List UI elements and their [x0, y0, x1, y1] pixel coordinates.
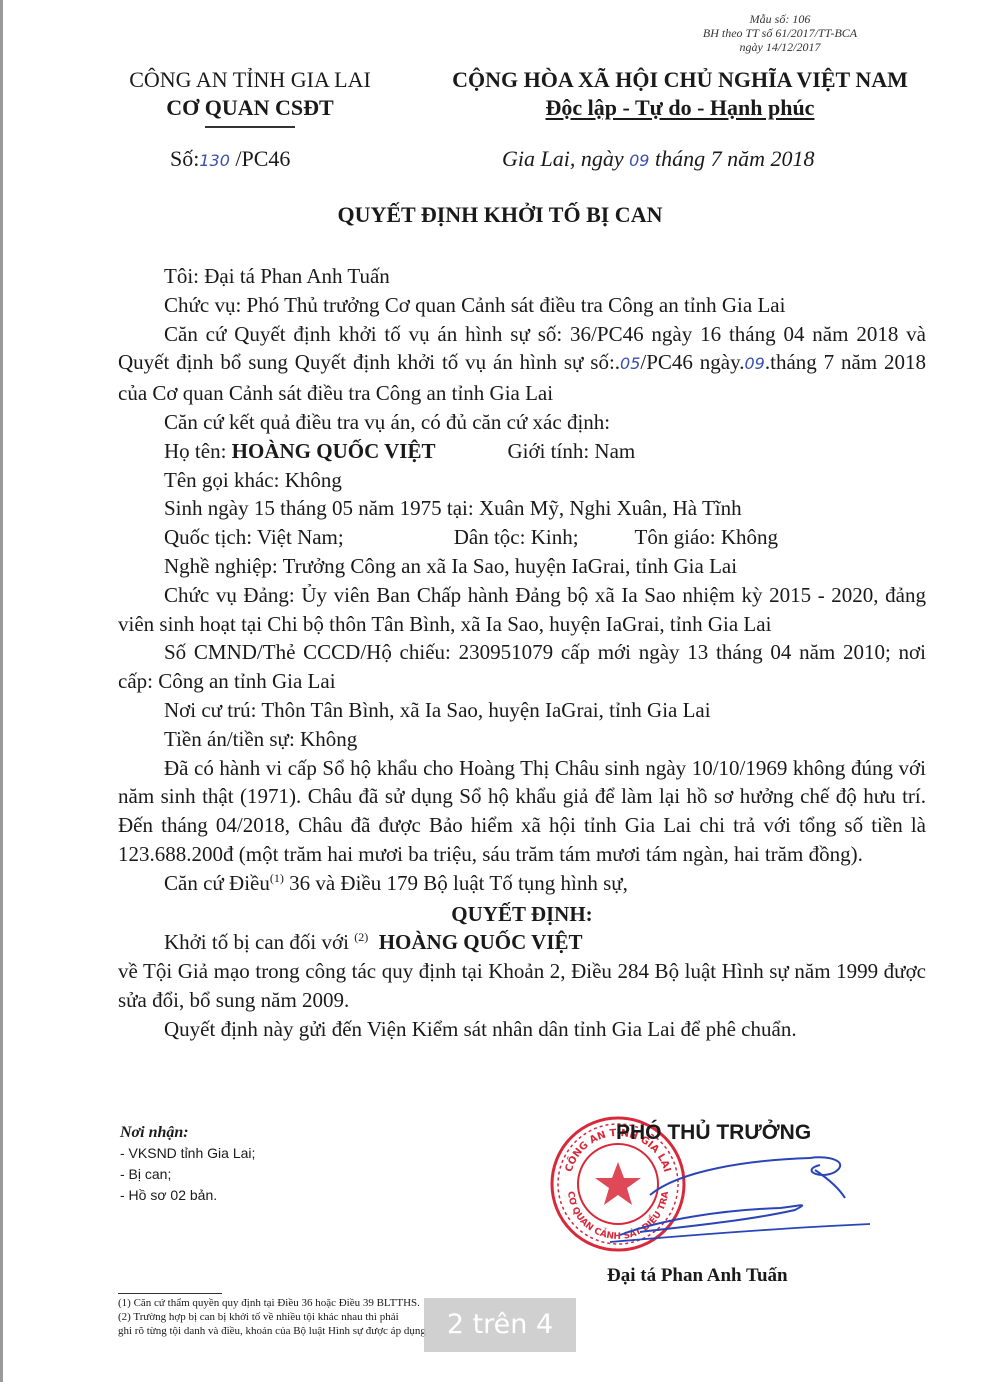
handwritten-decision-number: 05 [620, 354, 640, 373]
handwritten-number: 130 [199, 151, 230, 170]
occupation-line: Nghề nghiệp: Trưởng Công an xã Ia Sao, h… [118, 552, 926, 581]
legal-basis-paragraph: Căn cứ Quyết định khởi tố vụ án hình sự … [118, 320, 926, 408]
national-header: CỘNG HÒA XÃ HỘI CHỦ NGHĨA VIỆT NAM Độc l… [430, 66, 930, 122]
decision-line: Khởi tố bị can đối với (2) HOÀNG QUỐC VI… [118, 928, 926, 957]
alias-line: Tên gọi khác: Không [118, 466, 926, 495]
suspect-name: HOÀNG QUỐC VIỆT [232, 439, 436, 463]
residence-line: Nơi cư trú: Thôn Tân Bình, xã Ia Sao, hu… [118, 696, 926, 725]
nation-name: CỘNG HÒA XÃ HỘI CHỦ NGHĨA VIỆT NAM [430, 66, 930, 94]
handwritten-signature-icon [600, 1140, 870, 1250]
recipient-item: - Bị can; [120, 1164, 255, 1185]
footnote-2: (2) Trường hợp bị can bị khởi tố về nhiề… [118, 1310, 426, 1324]
decision-heading: QUYẾT ĐỊNH: [118, 900, 926, 929]
recipients-label: Nơi nhận: [120, 1122, 255, 1143]
page-indicator: 2 trên 4 [424, 1298, 576, 1352]
footnotes: (1) Căn cứ thẩm quyền quy định tại Điều … [118, 1296, 426, 1338]
signer-name: Đại tá Phan Anh Tuấn [607, 1265, 788, 1287]
criminal-record-line: Tiền án/tiền sự: Không [118, 725, 926, 754]
footnote-divider [118, 1293, 222, 1294]
officer-line: Tôi: Đại tá Phan Anh Tuấn [118, 262, 926, 291]
agency-unit: CƠ QUAN CSĐT [100, 94, 400, 122]
handwritten-day: 09 [629, 151, 649, 170]
form-regulation: BH theo TT số 61/2017/TT-BCA [670, 26, 890, 40]
footnote-2-cont: ghi rõ từng tội danh và điều, khoản của … [118, 1324, 426, 1338]
document-body: Tôi: Đại tá Phan Anh Tuấn Chức vụ: Phó T… [118, 262, 926, 1044]
form-date: ngày 14/12/2017 [670, 40, 890, 54]
footnote-ref-1: (1) [270, 871, 284, 885]
suspect-name-line: Họ tên: HOÀNG QUỐC VIỆTGiới tính: Nam [118, 437, 926, 466]
recipient-item: - VKSND tỉnh Gia Lai; [120, 1143, 255, 1164]
place-and-date: Gia Lai, ngày 09 tháng 7 năm 2018 [502, 146, 814, 172]
id-card-paragraph: Số CMND/Thẻ CCCD/Hộ chiếu: 230951079 cấp… [118, 638, 926, 696]
form-number: Mẫu số: 106 [670, 12, 890, 26]
document-title: QUYẾT ĐỊNH KHỞI TỐ BỊ CAN [0, 202, 1000, 228]
form-code: Mẫu số: 106 BH theo TT số 61/2017/TT-BCA… [670, 12, 890, 54]
party-position-paragraph: Chức vụ Đảng: Ủy viên Ban Chấp hành Đảng… [118, 581, 926, 639]
recipients-block: Nơi nhận: - VKSND tỉnh Gia Lai; - Bị can… [120, 1122, 255, 1206]
footnote-ref-2: (2) [354, 930, 368, 944]
position-line: Chức vụ: Phó Thủ trưởng Cơ quan Cảnh sát… [118, 291, 926, 320]
nationality-line: Quốc tịch: Việt Nam;Dân tộc: Kinh;Tôn gi… [118, 523, 926, 552]
handwritten-decision-day: 09 [745, 354, 765, 373]
issuing-agency: CÔNG AN TỈNH GIA LAI CƠ QUAN CSĐT [100, 66, 400, 122]
charge-paragraph: về Tội Giả mạo trong công tác quy định t… [118, 957, 926, 1015]
forward-line: Quyết định này gửi đến Viện Kiểm sát nhâ… [118, 1015, 926, 1044]
agency-divider [205, 126, 295, 128]
footnote-1: (1) Căn cứ thẩm quyền quy định tại Điều … [118, 1296, 426, 1310]
signer-title: PHÓ THỦ TRƯỞNG [616, 1121, 811, 1145]
birth-line: Sinh ngày 15 tháng 05 năm 1975 tại: Xuân… [118, 494, 926, 523]
investigation-line: Căn cứ kết quả điều tra vụ án, có đủ căn… [118, 408, 926, 437]
agency-name: CÔNG AN TỈNH GIA LAI [100, 66, 400, 94]
legal-basis-line: Căn cứ Điều(1) 36 và Điều 179 Bộ luật Tố… [118, 869, 926, 898]
national-motto: Độc lập - Tự do - Hạnh phúc [430, 94, 930, 122]
offense-paragraph: Đã có hành vi cấp Sổ hộ khẩu cho Hoàng T… [118, 754, 926, 869]
gender: Giới tính: Nam [507, 439, 635, 463]
recipient-item: - Hồ sơ 02 bản. [120, 1185, 255, 1206]
decision-suspect-name: HOÀNG QUỐC VIỆT [379, 930, 583, 954]
document-number: Số:130 /PC46 [170, 146, 290, 172]
